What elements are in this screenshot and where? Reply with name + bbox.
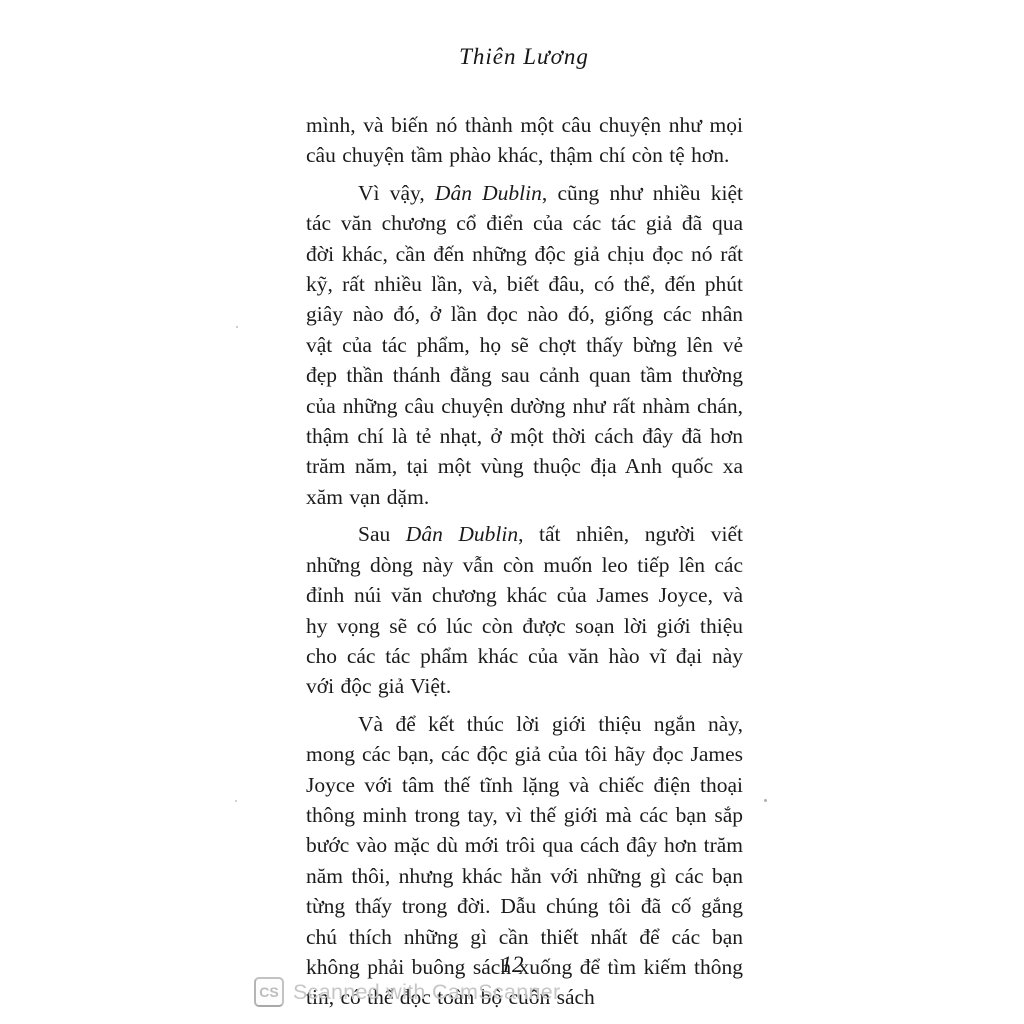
paragraph-text-segment: mình, và biến nó thành một câu chuyện nh… [306,113,743,167]
paragraph-text-segment: Sau [358,522,406,546]
scan-speck [410,906,412,908]
paragraph-text-segment: Dân Dublin [435,181,542,205]
scan-speck [764,799,767,802]
paragraph-text-segment: , cũng như nhiều kiệt tác văn chương cổ … [306,181,743,509]
paragraph-text-segment: , tất nhiên, người viết những dòng này v… [306,522,743,698]
camscanner-watermark: CS Scanned with CamScanner [254,977,560,1007]
page-body: mình, và biến nó thành một câu chuyện nh… [306,110,743,1020]
scan-speck [235,800,237,802]
paragraph-text-segment: Dân Dublin [406,522,518,546]
page-number: 12 [306,952,718,978]
paragraph: mình, và biến nó thành một câu chuyện nh… [306,110,743,171]
running-header: Thiên Lương [306,44,742,70]
scanned-book-page: Thiên Lương mình, và biến nó thành một c… [0,0,1024,1024]
watermark-label: Scanned with CamScanner [293,980,560,1005]
paragraph-text-segment: Vì vậy, [358,181,435,205]
paragraph: Vì vậy, Dân Dublin, cũng như nhiều kiệt … [306,178,743,512]
camscanner-logo-icon: CS [254,977,284,1007]
paragraph: Sau Dân Dublin, tất nhiên, người viết nh… [306,519,743,701]
scan-speck [236,326,238,328]
